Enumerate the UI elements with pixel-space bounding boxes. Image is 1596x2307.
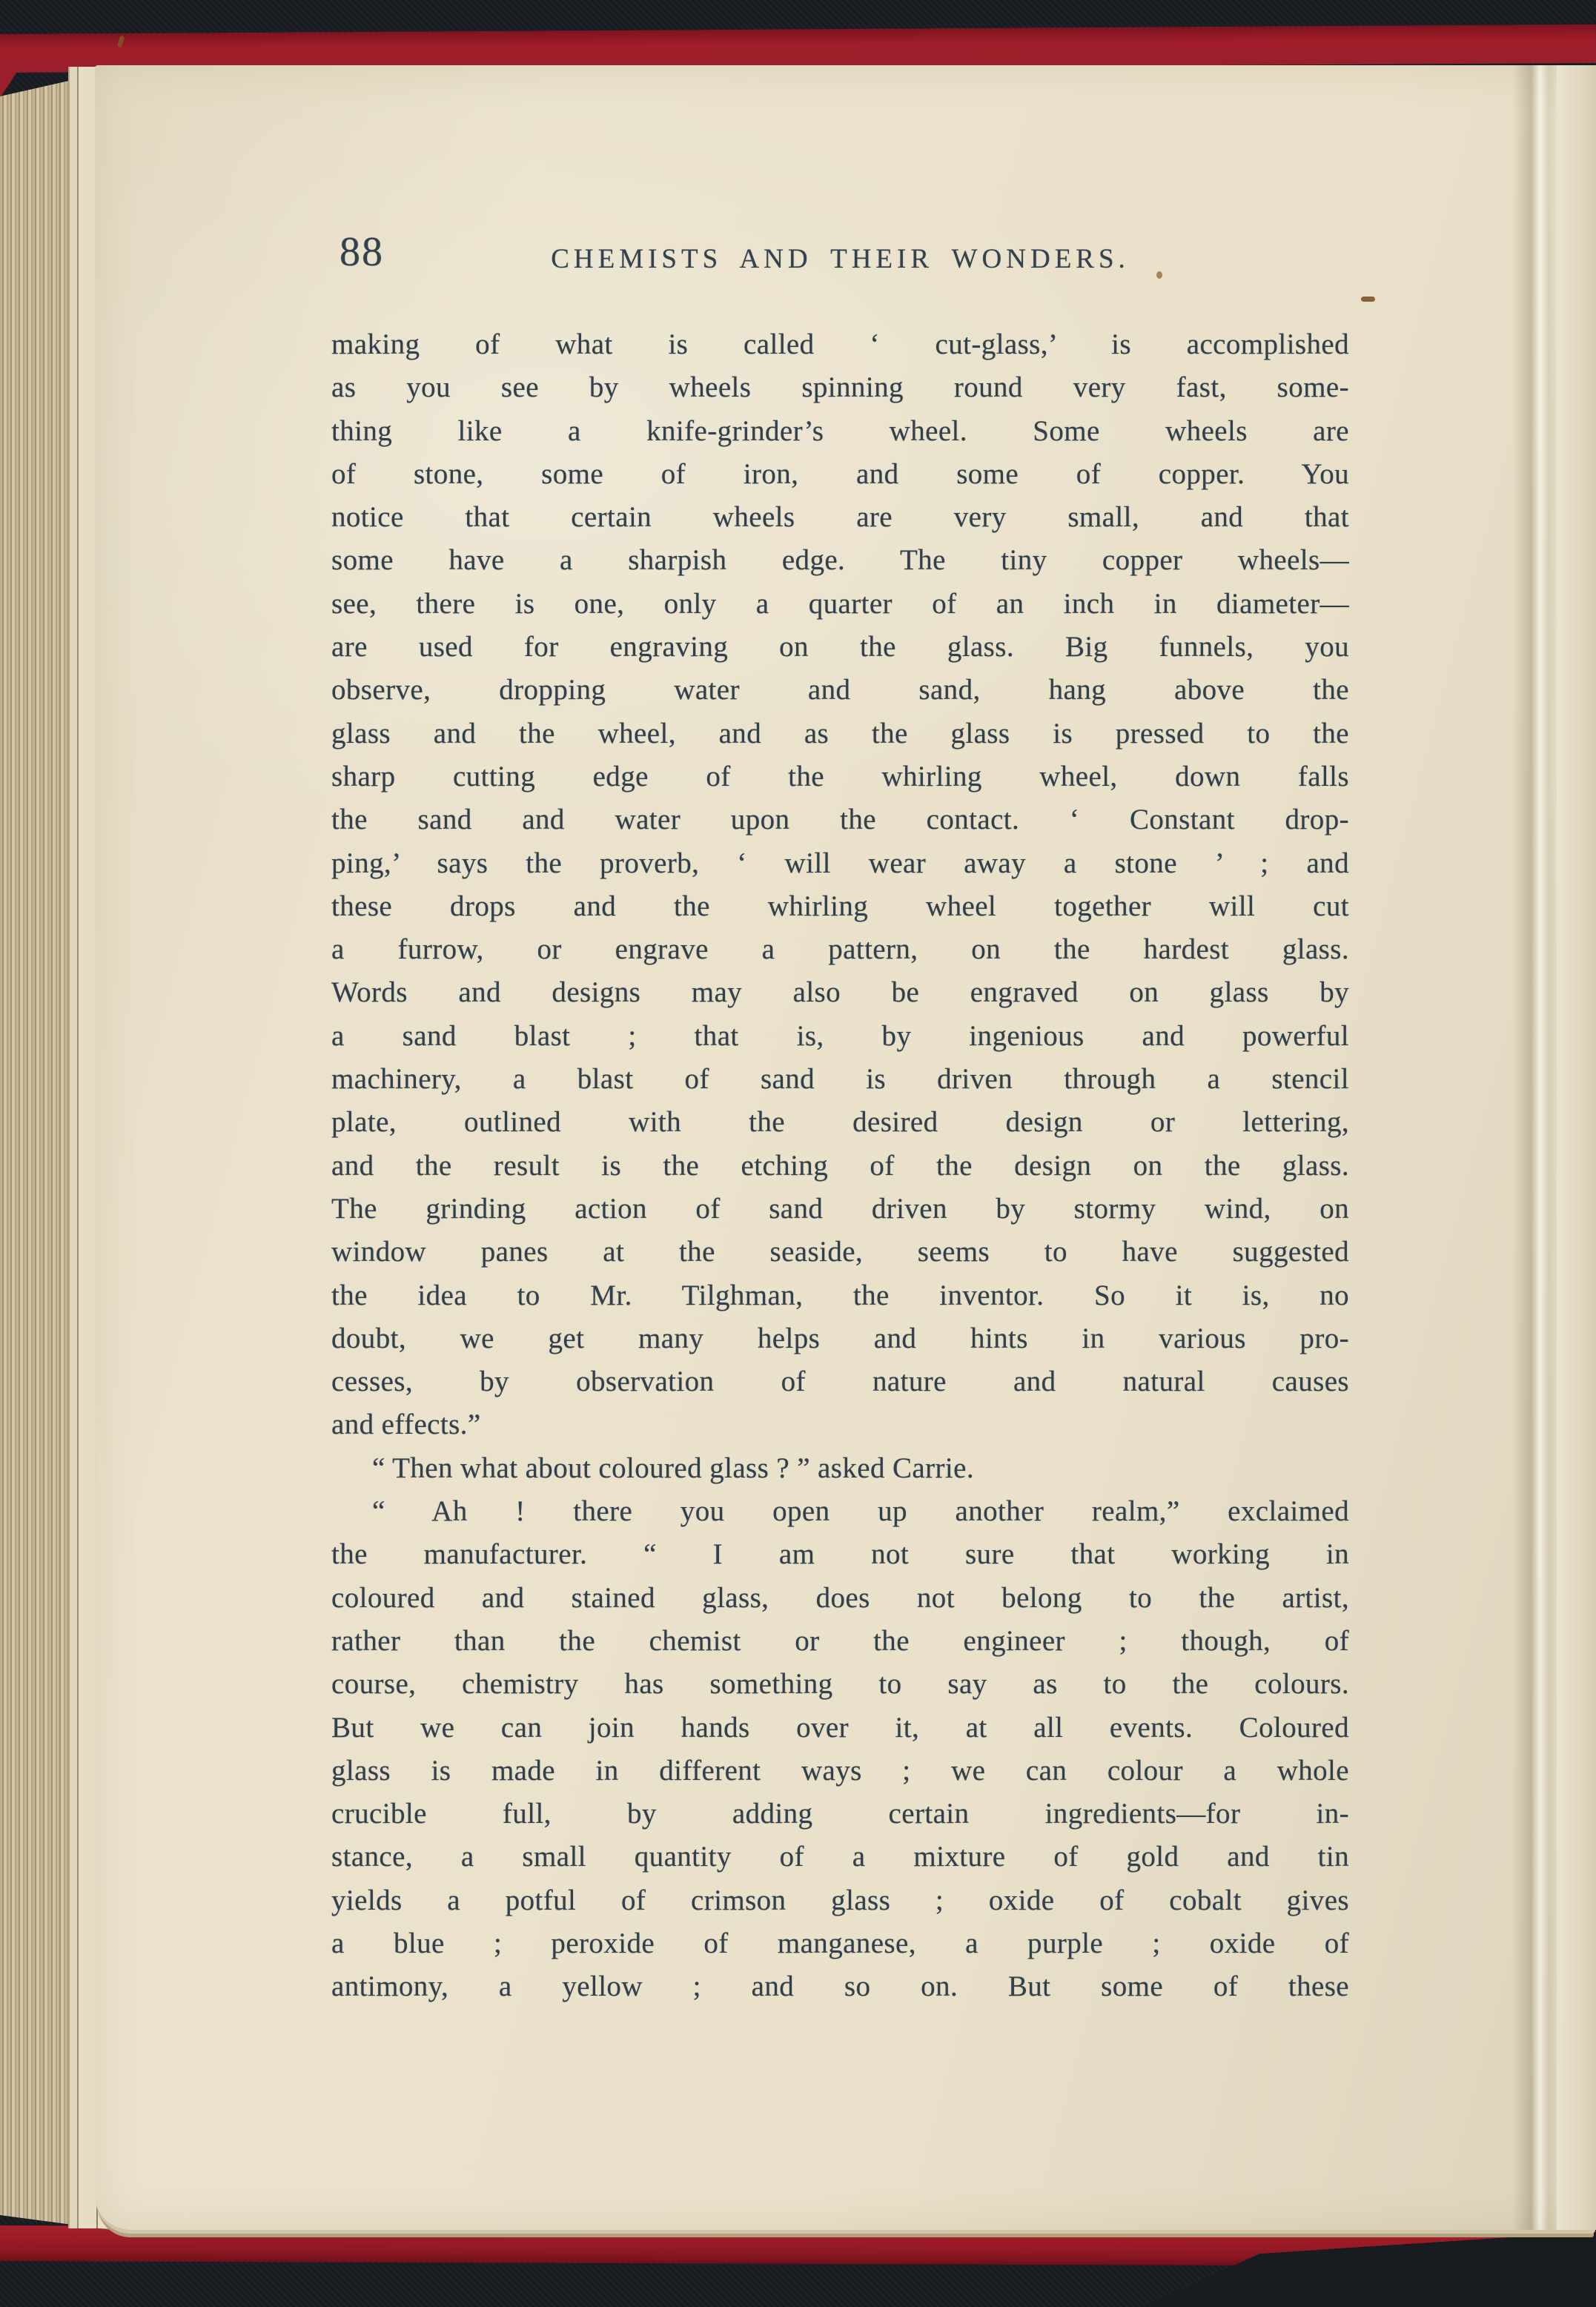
page-speck <box>1156 271 1162 279</box>
text-line: ping,’ says the proverb, ‘ will wear awa… <box>331 842 1349 885</box>
text-line: The grinding action of sand driven by st… <box>331 1188 1349 1231</box>
text-line: yields a potful of crimson glass ; oxide… <box>331 1879 1349 1922</box>
page-right-margin-fold <box>1557 65 1596 2230</box>
text-line: a sand blast ; that is, by ingenious and… <box>331 1015 1349 1058</box>
text-line: stance, a small quantity of a mixture of… <box>331 1836 1349 1879</box>
text-line: plate, outlined with the desired design … <box>331 1101 1349 1144</box>
text-line: notice that certain wheels are very smal… <box>331 496 1349 539</box>
text-line: and effects.” <box>331 1403 1349 1446</box>
text-line: rather than the chemist or the engineer … <box>331 1620 1349 1663</box>
text-line: the sand and water upon the contact. ‘ C… <box>331 798 1349 841</box>
text-line: coloured and stained glass, does not bel… <box>331 1577 1349 1620</box>
text-line: course, chemistry has something to say a… <box>331 1663 1349 1706</box>
text-line: cesses, by observation of nature and nat… <box>331 1360 1349 1403</box>
text-line: sharp cutting edge of the whirling wheel… <box>331 755 1349 798</box>
text-line: the manufacturer. “ I am not sure that w… <box>331 1533 1349 1576</box>
text-line: see, there is one, only a quarter of an … <box>331 583 1349 626</box>
text-line: of stone, some of iron, and some of copp… <box>331 453 1349 496</box>
running-header-title: CHEMISTS AND THEIR WONDERS. <box>331 242 1349 277</box>
text-line: some have a sharpish edge. The tiny copp… <box>331 539 1349 582</box>
text-line: these drops and the whirling wheel toget… <box>331 885 1349 928</box>
text-line: as you see by wheels spinning round very… <box>331 366 1349 409</box>
text-line: But we can join hands over it, at all ev… <box>331 1707 1349 1750</box>
page-crease <box>1512 65 1557 2230</box>
text-block: making of what is called ‘ cut-glass,’ i… <box>331 323 1349 2009</box>
text-line: are used for engraving on the glass. Big… <box>331 626 1349 669</box>
text-line: thing like a knife-grinder’s wheel. Some… <box>331 410 1349 453</box>
text-line: glass is made in different ways ; we can… <box>331 1750 1349 1793</box>
text-line: observe, dropping water and sand, hang a… <box>331 669 1349 712</box>
text-line: Words and designs may also be engraved o… <box>331 971 1349 1014</box>
text-line: machinery, a blast of sand is driven thr… <box>331 1058 1349 1101</box>
text-line: antimony, a yellow ; and so on. But some… <box>331 1965 1349 2008</box>
text-line: making of what is called ‘ cut-glass,’ i… <box>331 323 1349 366</box>
text-line: the idea to Mr. Tilghman, the inventor. … <box>331 1274 1349 1317</box>
text-line: window panes at the seaside, seems to ha… <box>331 1231 1349 1274</box>
text-line: glass and the wheel, and as the glass is… <box>331 712 1349 755</box>
book-photo-scene: 88 CHEMISTS AND THEIR WONDERS. making of… <box>0 0 1596 2307</box>
text-line: “ Ah ! there you open up another realm,”… <box>331 1490 1349 1533</box>
text-line: and the result is the etching of the des… <box>331 1145 1349 1188</box>
text-line: crucible full, by adding certain ingredi… <box>331 1793 1349 1836</box>
text-line: doubt, we get many helps and hints in va… <box>331 1317 1349 1360</box>
text-line: a blue ; peroxide of manganese, a purple… <box>331 1922 1349 1965</box>
book-page: 88 CHEMISTS AND THEIR WONDERS. making of… <box>95 65 1596 2230</box>
margin-speck <box>1361 297 1375 302</box>
text-line: a furrow, or engrave a pattern, on the h… <box>331 928 1349 971</box>
text-line: “ Then what about coloured glass ? ” ask… <box>331 1447 1349 1490</box>
